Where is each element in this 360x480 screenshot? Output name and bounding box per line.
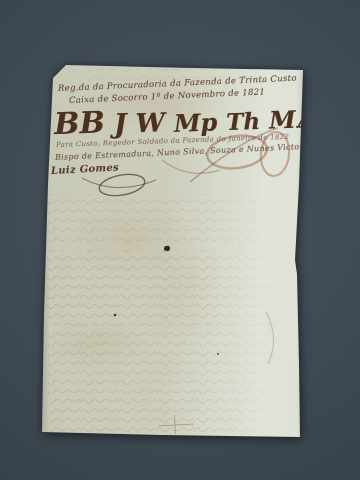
rubrica-initials: Th: [226, 110, 261, 134]
rubrica-initials: W: [135, 110, 165, 137]
rubrica-initials: MA: [269, 107, 319, 133]
photo-canvas: { "photo": { "background_color": "#3d485…: [0, 0, 360, 480]
cross-tally-mark: [158, 414, 195, 435]
paper-sheet: Reg.da da Procuradoria da Fazenda de Tri…: [42, 64, 304, 438]
rubrica-initials: BB: [54, 108, 106, 140]
signature: Luiz Gomes: [51, 162, 120, 177]
rubrica-initials: J: [113, 111, 127, 138]
ink-spots: [114, 246, 219, 355]
manuscript-photo: Reg.da da Procuradoria da Fazenda de Tri…: [42, 64, 304, 438]
rubrica-initials: Mp: [173, 110, 217, 135]
